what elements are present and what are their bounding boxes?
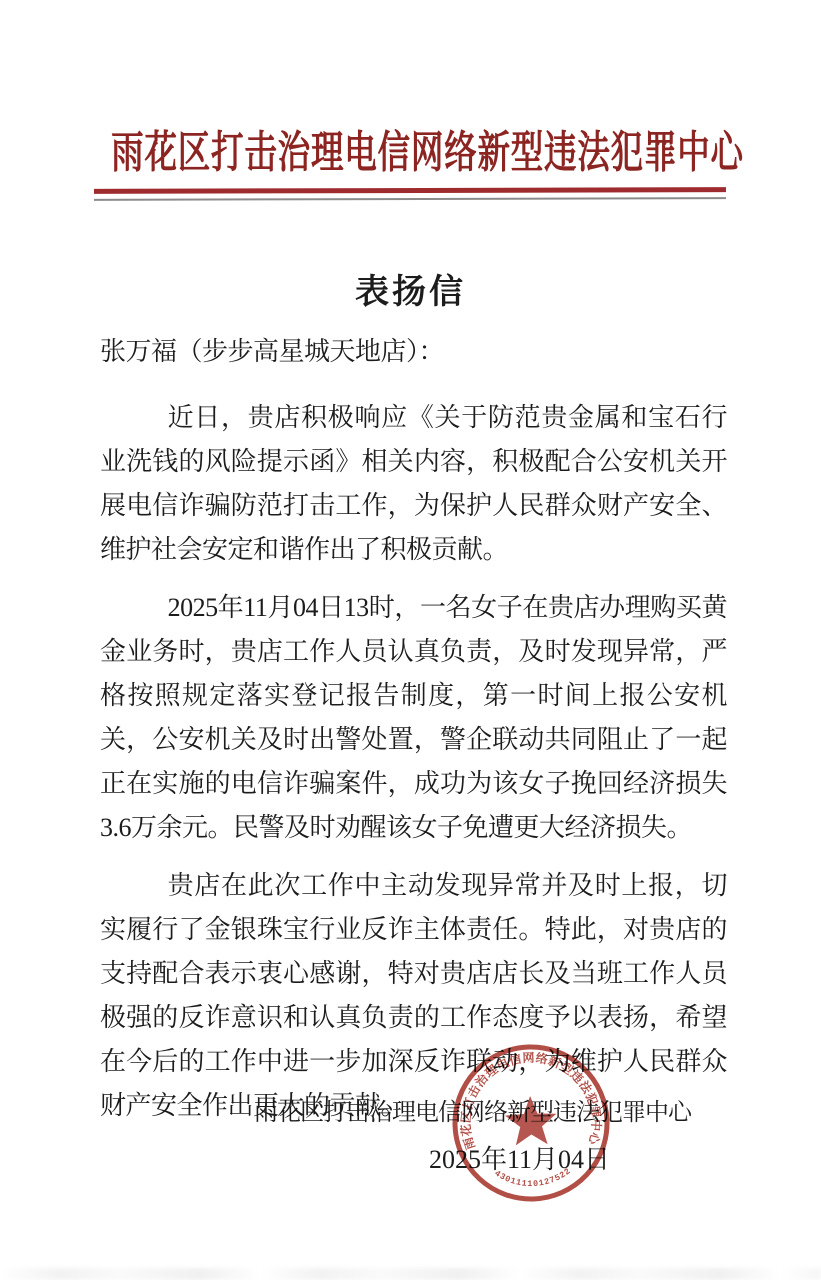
scan-artifact [0, 1268, 821, 1280]
svg-text:43011110127522: 43011110127522 [492, 1166, 573, 1191]
paragraph-1: 近日，贵店积极响应《关于防范贵金属和宝石行业洗钱的风险提示函》相关内容，积极配合… [100, 396, 727, 572]
salutation: 张万福（步步高星城天地店）： [100, 330, 727, 374]
paragraph-2: 2025年11月04日13时，一名女子在贵店办理购买黄金业务时，贵店工作人员认真… [100, 586, 727, 850]
letterhead-org-name: 雨花区打击治理电信网络新型违法犯罪中心 [111, 116, 744, 180]
letter-title: 表扬信 [0, 264, 821, 313]
letterhead-rule-thin [94, 197, 726, 201]
paragraph-3: 贵店在此次工作中主动发现异常并及时上报，切实履行了金银珠宝行业反诈主体责任。特此… [100, 864, 727, 1128]
letterhead: 雨花区打击治理电信网络新型违法犯罪中心 [0, 116, 821, 180]
signature-org-name: 雨花区打击治理电信网络新型违法犯罪中心 [97, 1092, 727, 1127]
letter-date: 2025年11月04日 [97, 1139, 727, 1176]
stamp-serial-number: 43011110127522 [492, 1166, 573, 1191]
letter-body: 张万福（步步高星城天地店）： 近日，贵店积极响应《关于防范贵金属和宝石行业洗钱的… [100, 330, 727, 1128]
signature-block: 雨花区打击治理电信网络新型违法犯罪中心 2025年11月04日 [97, 1092, 727, 1176]
letterhead-rule-thick [94, 187, 726, 194]
letter-page: 雨花区打击治理电信网络新型违法犯罪中心 表扬信 张万福（步步高星城天地店）： 近… [0, 0, 821, 1280]
official-seal-stamp: 雨花区打击治理电信网络新型违法犯罪中心 43011110127522 [443, 1035, 619, 1211]
star-icon [504, 1095, 557, 1146]
